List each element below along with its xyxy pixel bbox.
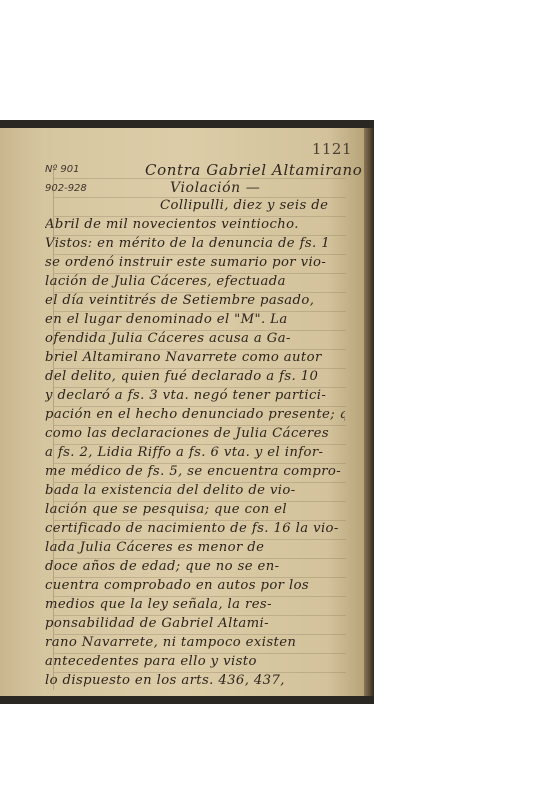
scanned-page-frame: 1121 Nº 901 902-928 Contra Gabriel Altam… [0,120,374,704]
text-line: lada Julia Cáceres es menor de [45,540,345,555]
folio-number: 1121 [312,140,352,158]
text-line: a fs. 2, Lidia Riffo a fs. 6 vta. y el i… [45,445,345,460]
text-line: doce años de edad; que no se en- [45,559,345,574]
text-line: bada la existencia del delito de vio- [45,483,345,498]
text-line: antecedentes para ello y visto [45,654,345,669]
text-line: Collipulli, diez y seis de [45,198,345,213]
text-line: cuentra comprobado en autos por los [45,578,345,593]
text-line: Vistos: en mérito de la denuncia de fs. … [45,236,345,251]
text-line: briel Altamirano Navarrete como autor [45,350,345,365]
text-line: lación de Julia Cáceres, efectuada [45,274,345,289]
text-line: se ordenó instruir este sumario por vio- [45,255,345,270]
text-line: en el lugar denominado el "M". La [45,312,345,327]
text-line: certificado de nacimiento de fs. 16 la v… [45,521,345,536]
text-line: lación que se pesquisa; que con el [45,502,345,517]
text-line: del delito, quien fué declarado a fs. 10 [45,369,345,384]
page-bottom-border [0,696,374,704]
text-line: ofendida Julia Cáceres acusa a Ga- [45,331,345,346]
text-line: rano Navarrete, ni tampoco existen [45,635,345,650]
text-line: Abril de mil novecientos veintiocho. [45,217,345,232]
text-line: pación en el hecho denunciado presente; … [45,407,345,422]
text-line: como las declaraciones de Julia Cáceres [45,426,345,441]
text-line: el día veintitrés de Setiembre pasado, [45,293,345,308]
text-line: lo dispuesto en los arts. 436, 437, [45,673,345,688]
text-line: me médico de fs. 5, se encuentra compro- [45,464,345,479]
text-line: medios que la ley señala, la res- [45,597,345,612]
text-line: ponsabilidad de Gabriel Altami- [45,616,345,631]
text-line: y declaró a fs. 3 vta. negó tener partic… [45,388,345,403]
page-edge-shadow [364,128,374,696]
manuscript-page: 1121 Nº 901 902-928 Contra Gabriel Altam… [0,128,364,696]
